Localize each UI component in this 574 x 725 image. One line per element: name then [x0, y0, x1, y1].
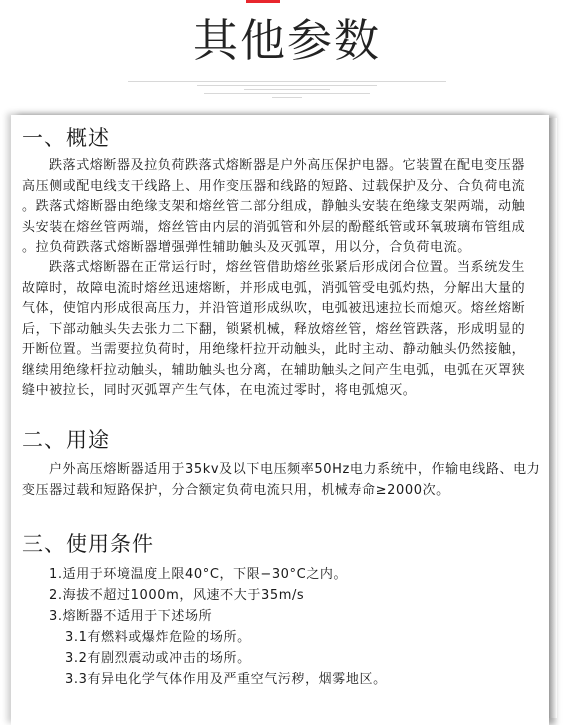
overview-paragraph-2: 跌落式熔断器在正常运行时，熔丝管借助熔丝张紧后形成闭合位置。当系统发生 故障时，… [22, 258, 538, 402]
sub-list-item: 3.1有燃料或爆炸危险的场所。 [49, 627, 387, 648]
text-line: 。跌落式熔断器由绝缘支架和熔丝管二部分组成，静触头安装在绝缘支架两端，动触 [22, 197, 538, 218]
conditions-list: 1.适用于环境温度上限40°C，下限−30°C之内。 2.海拔不超过1000m，… [49, 564, 387, 690]
sub-list-item: 3.3有异电化学气体作用及严重空气污秽，烟雾地区。 [49, 669, 387, 690]
list-item: 1.适用于环境温度上限40°C，下限−30°C之内。 [49, 564, 387, 585]
overview-paragraph-1: 跌落式熔断器及拉负荷跌落式熔断器是户外高压保护电器。它装置在配电变压器 高压侧或… [22, 156, 538, 259]
text-line: 故障时，故障电流时熔丝迅速熔断，并形成电弧，消弧管受电弧灼热，分解出大量的 [22, 279, 538, 300]
list-item: 2.海拔不超过1000m，风速不大于35m/s [49, 585, 387, 606]
text-line: 气体，使馆内形成很高压力，并沿管道形成纵吹，电弧被迅速拉长而熄灭。熔丝熔断 [22, 299, 538, 320]
card-shadow-edge [549, 118, 557, 710]
section-heading-overview: 一、概述 [22, 122, 110, 152]
text-line: 开断位置。当需要拉负荷时，用绝缘杆拉开动触头，此时主动、静动触头仍然接触， [22, 340, 538, 361]
decorative-line [272, 97, 302, 98]
decorative-line [244, 89, 330, 90]
text-line: 后，下部动触头失去张力二下翻，锁紧机械，释放熔丝管，熔丝管跌落，形成明显的 [22, 320, 538, 341]
section-heading-usage: 二、用途 [22, 424, 110, 454]
page-title: 其他参数 [0, 14, 574, 68]
text-line: 户外高压熔断器适用于35kv及以下电压频率50Hz电力系统中，作输电线路、电力 [22, 460, 538, 481]
usage-paragraph: 户外高压熔断器适用于35kv及以下电压频率50Hz电力系统中，作输电线路、电力 … [22, 460, 538, 501]
page-header: 其他参数 [0, 0, 574, 108]
list-item: 3.熔断器不适用于下述场所 [49, 606, 387, 627]
text-line: 跌落式熔断器在正常运行时，熔丝管借助熔丝张紧后形成闭合位置。当系统发生 [22, 258, 538, 279]
decorative-subtitle-lines [0, 81, 574, 101]
decorative-line [128, 81, 446, 82]
section-heading-conditions: 三、使用条件 [22, 528, 154, 558]
text-line: 继续用绝缘杆拉动触头，辅助触头也分离，在辅助触头之间产生电弧，电弧在灭罩狭 [22, 361, 538, 382]
decorative-line [197, 85, 377, 86]
text-line: 变压器过载和短路保护，分合额定负荷电流只用，机械寿命≥2000次。 [22, 481, 538, 502]
text-line: 。拉负荷跌落式熔断器增强弹性辅助触头及灭弧罩，用以分，合负荷电流。 [22, 238, 538, 259]
text-line: 跌落式熔断器及拉负荷跌落式熔断器是户外高压保护电器。它装置在配电变压器 [22, 156, 538, 177]
sub-list-item: 3.2有剧烈震动或冲击的场所。 [49, 648, 387, 669]
decorative-line [204, 93, 370, 94]
accent-bar [246, 0, 280, 3]
text-line: 高压侧或配电线支干线路上、用作变压器和线路的短路、过载保护及分、合负荷电流 [22, 177, 538, 198]
text-line: 头安装在熔丝管两端，熔丝管由内层的消弧管和外层的酚醛纸管或环氧玻璃布管组成 [22, 218, 538, 239]
text-line: 缝中被拉长，同时灭弧罩产生气体，在电流过零时，将电弧熄灭。 [22, 381, 538, 402]
